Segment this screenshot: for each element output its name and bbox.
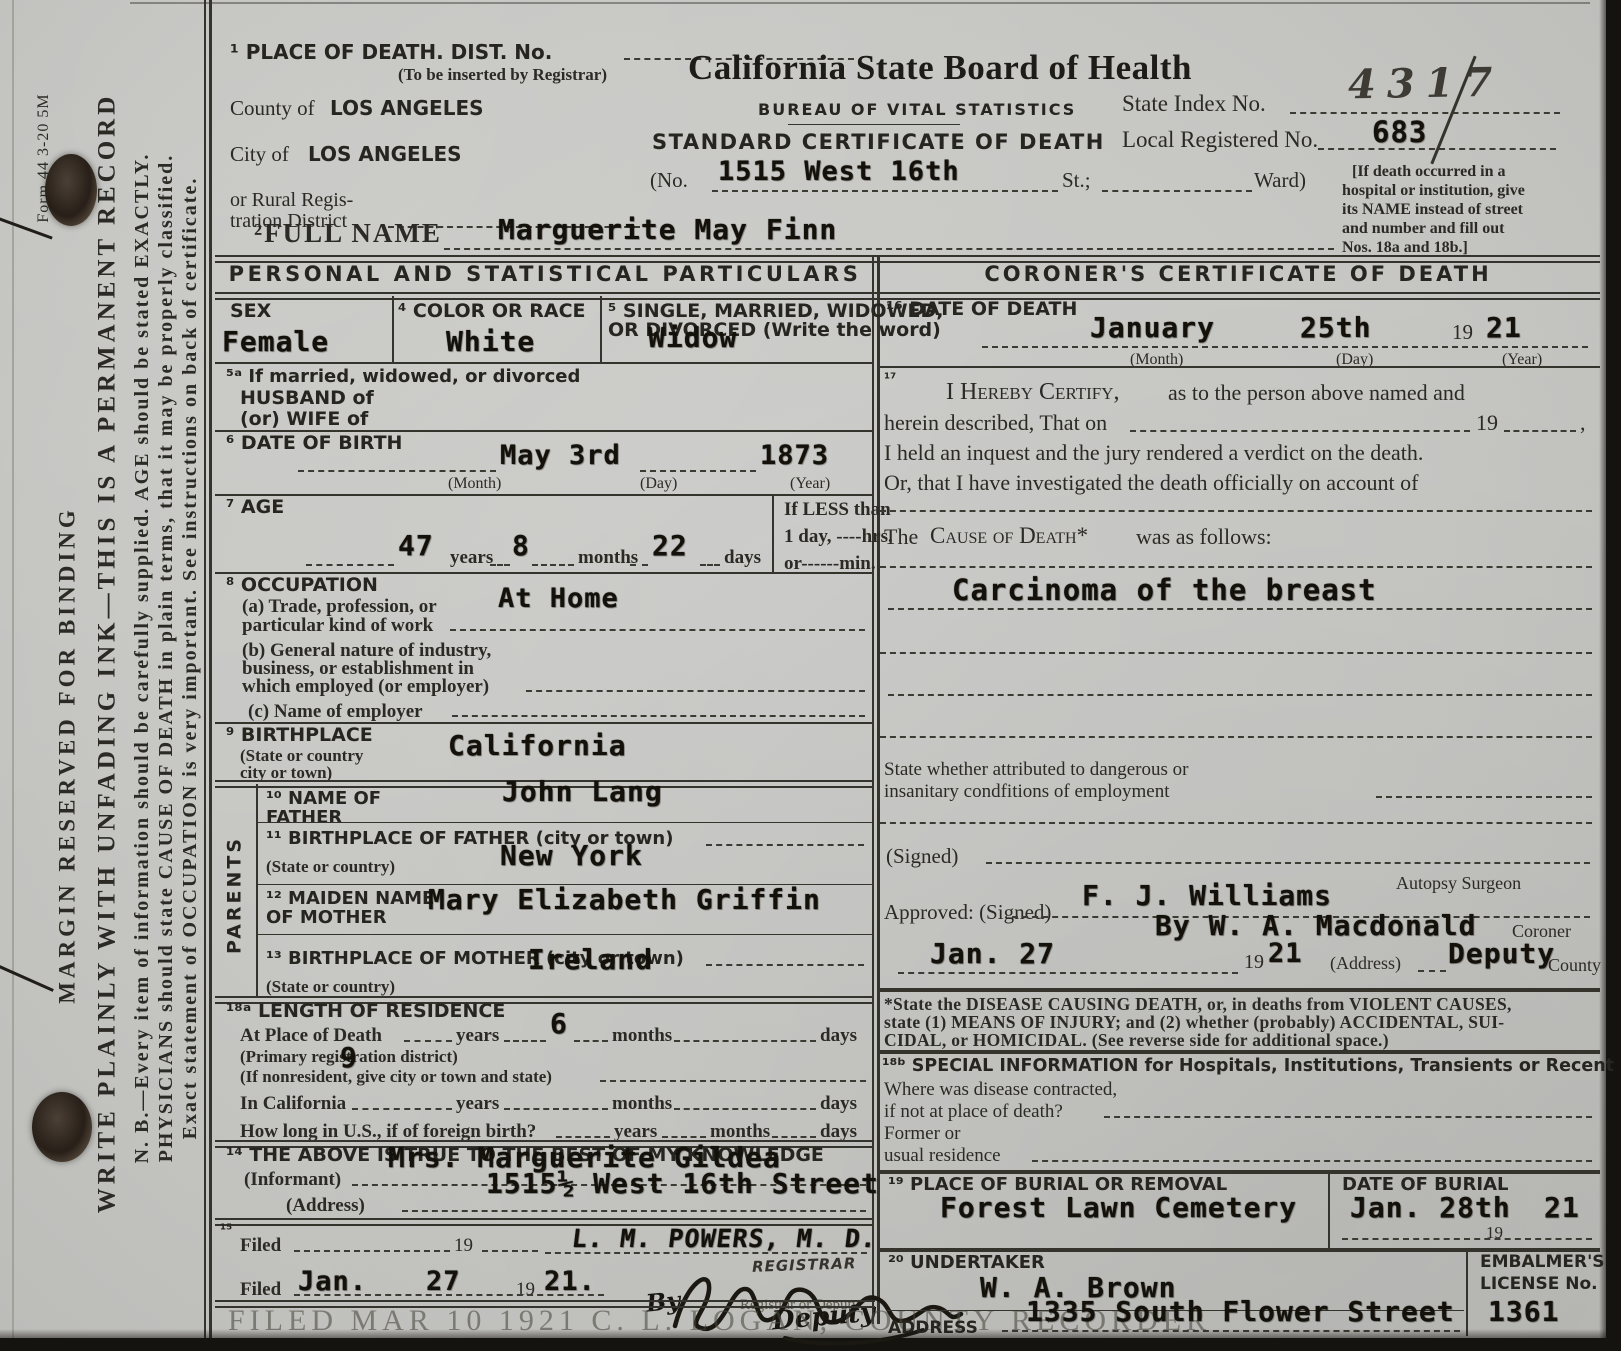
margin-occupation-note: Exact statement of OCCUPATION is very im… — [180, 177, 200, 1140]
residence-label: ¹⁸ᵃ LENGTH OF RESIDENCE — [226, 1002, 505, 1021]
embalmer-license-value: 1361 — [1488, 1298, 1559, 1326]
certificate-scan: Form 44 3-20 5M MARGIN RESERVED FOR BIND… — [0, 0, 1606, 1338]
registrar-name-value: L. M. POWERS, M. D. — [570, 1226, 878, 1251]
informant-address-line — [402, 1210, 866, 1212]
county-label: County of — [230, 98, 315, 119]
marital-value: Widow — [648, 324, 737, 352]
birthplace-value: California — [448, 732, 627, 760]
approved-date-value: Jan. 27 — [930, 940, 1055, 968]
certify-intro: I Hereby Certify, — [946, 380, 1120, 404]
county-caption: County — [1548, 956, 1601, 974]
res-us-label: How long in U.S., if of foreign birth? — [240, 1122, 536, 1141]
top-edge-line — [130, 2, 1590, 4]
burial-place-value: Forest Lawn Cemetery — [940, 1194, 1297, 1222]
res-cal-line-a — [352, 1108, 452, 1110]
cause-line-4 — [888, 694, 1592, 696]
rule-below-dob — [215, 494, 873, 496]
rule-below-father — [256, 822, 873, 823]
father-name-label1: ¹⁰ NAME OF — [266, 790, 381, 808]
age-line-1 — [306, 564, 394, 566]
street-value: 1515 West 16th — [718, 158, 960, 185]
approved-year-value: 21 — [1268, 940, 1303, 967]
cause-line-2 — [888, 608, 1592, 610]
disease-contracted-line1: Where was disease contracted, — [884, 1080, 1117, 1099]
mother-maiden-label2: OF MOTHER — [266, 909, 387, 927]
res-us-line-c — [772, 1136, 816, 1138]
full-name-line — [444, 248, 1334, 250]
filed2-label: Filed — [240, 1280, 281, 1299]
age-days-word: days — [724, 548, 761, 567]
signed-label: (Signed) — [886, 846, 958, 867]
age-years-word: years — [450, 548, 493, 567]
res-days-word3: days — [820, 1122, 857, 1141]
local-registered-label: Local Registered No. — [1122, 128, 1318, 151]
residence-place-label: At Place of Death — [240, 1026, 382, 1045]
cause-area-line0 — [880, 510, 1592, 512]
disease-contracted-line — [1104, 1116, 1592, 1118]
hospital-note-line2: hospital or institution, give — [1342, 183, 1525, 199]
occupation-a-line — [450, 629, 865, 631]
mother-maiden-label1: ¹² MAIDEN NAME — [266, 890, 434, 908]
rule-below-coroner-sign — [878, 988, 1600, 992]
death-year-value: 21 — [1486, 314, 1522, 342]
res-months-word2: months — [612, 1094, 672, 1113]
birthplace-sub2: city or town) — [240, 764, 332, 781]
res-us-line-a — [556, 1136, 610, 1138]
informant-address-label: (Address) — [286, 1196, 365, 1215]
dob-month-caption: (Month) — [448, 476, 501, 492]
race-label: ⁴ COLOR OR RACE — [398, 302, 586, 321]
signed-line — [986, 862, 1590, 864]
occupation-a-line1: (a) Trade, profession, or — [242, 597, 437, 616]
filed2-year-value: 21. — [544, 1268, 596, 1295]
res-days-word2: days — [820, 1094, 857, 1113]
birthplace-label: ⁹ BIRTHPLACE — [226, 726, 373, 745]
county-value: LOS ANGELES — [330, 98, 484, 118]
former-residence-line1: Former or — [884, 1124, 961, 1143]
registrar-line — [545, 1252, 867, 1254]
bureau-underline — [788, 124, 960, 125]
date-of-death-label: ¹⁶ DATE OF DEATH — [886, 300, 1077, 319]
rule-below-footnote — [878, 1050, 1600, 1054]
autopsy-surgeon-caption: Autopsy Surgeon — [1396, 874, 1521, 892]
state-index-label: State Index No. — [1122, 92, 1266, 115]
deputy-typed-value: Deputy — [1448, 940, 1555, 968]
if-married-note: ⁵ᵃ If married, widowed, or divorced — [226, 368, 580, 386]
age-days-value: 22 — [652, 532, 688, 560]
approved-19: 19 — [1244, 952, 1264, 972]
res-line-d — [674, 1040, 816, 1042]
margin-permanent-note: WRITE PLAINLY WITH UNFADING INK—THIS IS … — [95, 93, 120, 1214]
age-line-2 — [490, 564, 510, 566]
rule-below-sex-row — [215, 362, 873, 364]
occupation-c-line — [452, 715, 865, 717]
coroner-address-label: (Address) — [1330, 954, 1401, 972]
cause-line-5 — [880, 736, 1592, 738]
ward-line — [1102, 190, 1252, 192]
occupation-a-line2: particular kind of work — [242, 616, 433, 635]
occupation-b-line — [526, 690, 865, 692]
age-line-5 — [700, 564, 720, 566]
hospital-note-line5: Nos. 18a and 18b.] — [1342, 240, 1468, 256]
state-index-value: 4317 — [1348, 63, 1504, 106]
punch-hole-top — [45, 154, 97, 226]
undertaker-label: ²⁰ UNDERTAKER — [888, 1254, 1045, 1272]
certify-line4: Or, that I have investigated the death o… — [884, 472, 1418, 494]
res-years-word3: years — [614, 1122, 657, 1141]
full-name-label: ²FULL NAME — [254, 220, 442, 247]
punch-hole-bottom — [32, 1092, 92, 1162]
cause-line-6 — [880, 822, 1592, 824]
res-california-years-value: 9 — [340, 1044, 358, 1072]
coroner-address-line — [1418, 970, 1446, 972]
place-of-death-label: ¹ PLACE OF DEATH. DIST. No. — [230, 42, 552, 62]
cause-label-smallcaps: Cause of Death* — [930, 524, 1088, 547]
hospital-note-line1: [If death occurred in a — [1352, 164, 1505, 180]
certify-line2-19: 19 — [1476, 412, 1498, 434]
certify-line2: herein described, That on — [884, 412, 1107, 434]
occupation-c-label: (c) Name of employer — [248, 702, 423, 721]
certify-section-number: ¹⁷ — [884, 372, 896, 386]
certify-rest: as to the person above named and — [1168, 382, 1465, 404]
occupation-b-line3: which employed (or employer) — [242, 677, 489, 696]
approved-signature-value: F. J. Williams — [1082, 882, 1332, 910]
father-birthplace-line — [706, 844, 864, 846]
employment-note-line1: State whether attributed to dangerous or — [884, 760, 1188, 779]
street-no-label: (No. — [650, 170, 688, 191]
full-name-value: Marguerite May Finn — [498, 216, 837, 244]
local-registered-value: 683 — [1372, 118, 1427, 147]
father-birthplace-value: New York — [500, 842, 643, 870]
cause-of-death-value: Carcinoma of the breast — [952, 576, 1377, 605]
certify-line2-dash — [1130, 430, 1470, 432]
sex-race-divider — [392, 296, 394, 362]
local-registered-line — [1318, 148, 1556, 150]
death-month-value: January — [1090, 314, 1215, 342]
cause-label-post: was as follows: — [1136, 526, 1272, 548]
dob-month-day-value: May 3rd — [500, 442, 621, 469]
death-date-line — [982, 346, 1588, 348]
former-residence-line — [1032, 1160, 1592, 1162]
footnote-line1: *State the DISEASE CAUSING DEATH, or, in… — [884, 996, 1512, 1014]
father-name-label2: FATHER — [266, 809, 342, 827]
parents-group-label: PARENTS — [226, 836, 245, 954]
undertaker-address-value: 1335 South Flower Street — [1026, 1298, 1455, 1326]
age-ifless-divider — [772, 494, 774, 572]
st-label: St.; — [1062, 170, 1091, 191]
burial-date-divider — [1328, 1170, 1330, 1248]
res-years-word1: years — [456, 1026, 499, 1045]
res-cal-line-b — [504, 1108, 608, 1110]
paper-left-edge — [12, 0, 14, 1338]
res-nonresident-line — [600, 1080, 866, 1082]
dob-label: ⁶ DATE OF BIRTH — [226, 434, 402, 453]
age-line-4 — [630, 564, 648, 566]
coroner-section-title: CORONER'S CERTIFICATE OF DEATH — [984, 264, 1491, 285]
embalmer-divider — [1466, 1248, 1468, 1336]
filed1-label: Filed — [240, 1236, 281, 1255]
dob-year-caption: (Year) — [790, 476, 830, 492]
informant-label: (Informant) — [244, 1170, 341, 1189]
res-months-word3: months — [710, 1122, 770, 1141]
race-value: White — [446, 328, 535, 356]
bureau-subtitle: BUREAU OF VITAL STATISTICS — [758, 102, 1076, 118]
certify-line3: I held an inquest and the jury rendered … — [884, 442, 1423, 464]
by-macdonald-value: By W. A. Macdonald — [1155, 912, 1476, 940]
footnote-line3: CIDAL, or HOMICIDAL. (See reverse side f… — [884, 1032, 1389, 1050]
wife-of-label: (or) WIFE of — [240, 410, 368, 429]
binding-margin-rule — [204, 0, 212, 1338]
personal-section-title: PERSONAL AND STATISTICAL PARTICULARS — [229, 264, 862, 285]
res-days-word1: days — [820, 1026, 857, 1045]
hospital-note-line4: and number and fill out — [1342, 221, 1504, 237]
filed1-19: 19 — [454, 1236, 473, 1255]
footnote-line2: state (1) MEANS OF INJURY; and (2) wheth… — [884, 1014, 1504, 1032]
age-line-3 — [532, 564, 574, 566]
former-residence-line2: usual residence — [884, 1146, 1001, 1165]
board-of-health-title: California State Board of Health — [688, 50, 1192, 85]
city-label: City of — [230, 144, 289, 165]
birthplace-sub1: (State or country — [240, 747, 363, 764]
margin-physicians-note: PHYSICIANS should state CAUSE OF DEATH i… — [156, 154, 176, 1163]
certify-line2-comma: , — [1580, 412, 1586, 434]
rule-below-death-date — [878, 366, 1600, 368]
approved-date-line — [898, 972, 1238, 974]
husband-of-label: HUSBAND of — [240, 389, 374, 408]
margin-nb-note: N. B.—Every item of information should b… — [132, 153, 152, 1164]
mother-maiden-value: Mary Elizabeth Griffin — [428, 886, 821, 914]
street-line — [712, 190, 1058, 192]
undertaker-address-line — [1002, 1330, 1460, 1332]
if-less-line2: 1 day, ----hrs. — [784, 527, 893, 546]
res-us-line-b — [662, 1136, 706, 1138]
race-marital-divider — [600, 296, 602, 362]
father-state-country: (State or country) — [266, 858, 395, 875]
if-less-line1: If LESS than — [784, 500, 891, 519]
embalmer-label-line2: LICENSE No. — [1480, 1276, 1598, 1293]
standard-certificate-title: STANDARD CERTIFICATE OF DEATH — [652, 132, 1105, 153]
filed1-line-a — [294, 1250, 450, 1252]
informant-address-value: 1515½ West 16th Street — [486, 1170, 879, 1198]
state-index-line — [1290, 112, 1560, 114]
cause-line-3 — [880, 652, 1592, 654]
filed1-line-b — [482, 1250, 538, 1252]
mother-birthplace-line — [706, 964, 864, 966]
center-column-divider — [872, 255, 880, 1324]
res-months-word1: months — [612, 1026, 672, 1045]
dob-line-2 — [640, 470, 756, 472]
mother-birthplace-value: Ireland — [528, 946, 653, 974]
dob-day-caption: (Day) — [640, 476, 677, 492]
filed2-19: 19 — [516, 1280, 535, 1299]
cause-label-pre: The — [884, 526, 918, 548]
ward-label: Ward) — [1254, 170, 1306, 191]
dob-line-1 — [298, 470, 496, 472]
res-line-c — [574, 1040, 608, 1042]
sex-label: SEX — [230, 302, 271, 321]
filed2-line — [294, 1294, 604, 1296]
res-line-a — [404, 1040, 452, 1042]
res-nonresident-note: (If nonresident, give city or town and s… — [240, 1068, 552, 1085]
registrar-insert-note: (To be inserted by Registrar) — [398, 66, 607, 83]
death-19: 19 — [1452, 322, 1473, 343]
mother-state-country: (State or country) — [266, 978, 395, 995]
disease-contracted-line2: if not at place of death? — [884, 1102, 1063, 1121]
filed2-month-value: Jan. — [298, 1268, 367, 1295]
occupation-a-value: At Home — [498, 585, 619, 612]
embalmer-label-line1: EMBALMER'S — [1480, 1254, 1605, 1271]
dob-year-value: 1873 — [760, 442, 829, 469]
death-day-value: 25th — [1300, 314, 1371, 342]
city-value: LOS ANGELES — [308, 144, 462, 164]
margin-binding-note: MARGIN RESERVED FOR BINDING — [56, 506, 79, 1004]
parents-inner-divider — [256, 784, 258, 996]
undertaker-address-label: ADDRESS — [888, 1320, 978, 1337]
age-label: ⁷ AGE — [226, 498, 284, 517]
burial-date-line — [1342, 1238, 1592, 1240]
if-less-line3: or------min. — [784, 554, 876, 573]
filed-section-number: ¹⁵ — [220, 1223, 232, 1237]
certify-line2-dash2 — [1504, 430, 1576, 432]
age-years-value: 47 — [398, 532, 434, 560]
rule-below-mother — [256, 934, 873, 935]
res-years-word2: years — [456, 1094, 499, 1113]
res-months-value: 6 — [550, 1010, 568, 1038]
burial-date-value: Jan. 28th — [1350, 1194, 1511, 1222]
special-information-label: ¹⁸ᵇ SPECIAL INFORMATION for Hospitals, I… — [882, 1058, 1621, 1076]
sex-value: Female — [222, 328, 329, 356]
res-line-b — [504, 1040, 546, 1042]
employment-note-line2: insanitary condfitions of employment — [884, 782, 1169, 801]
cause-line-1 — [880, 566, 1592, 568]
father-name-value: John Lang — [502, 778, 663, 806]
occupation-label: ⁸ OCCUPATION — [226, 576, 378, 595]
res-cal-line-c — [674, 1108, 816, 1110]
rural-district-label-1: or Rural Regis- — [230, 190, 353, 210]
approved-signed-label: Approved: (Signed) — [884, 902, 1051, 923]
filed2-day-value: 27 — [426, 1268, 461, 1295]
res-california-label: In California — [240, 1094, 346, 1113]
hospital-note-line3: its NAME instead of street — [1342, 202, 1523, 218]
employment-line — [1376, 796, 1592, 798]
pen-mark-bottom — [0, 963, 54, 992]
age-months-value: 8 — [512, 532, 530, 560]
burial-date-year-value: 21 — [1544, 1194, 1580, 1222]
